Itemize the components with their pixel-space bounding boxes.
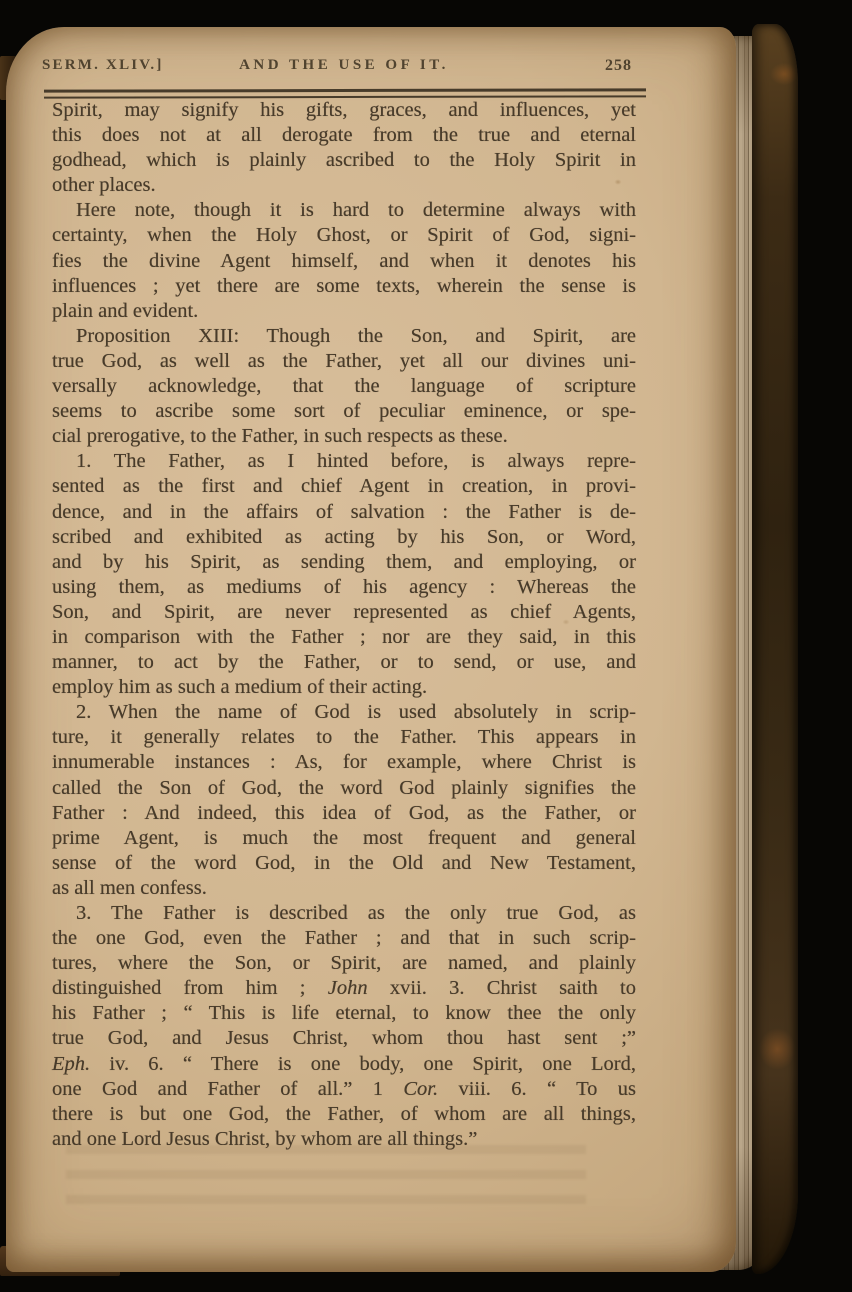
text-line: as all men confess.	[52, 876, 636, 901]
text-line: one God and Father of all.” 1 Cor. viii.…	[52, 1077, 636, 1102]
text-line: fies the divine Agent himself, and when …	[52, 249, 636, 274]
text-line: the one God, even the Father ; and that …	[52, 926, 636, 951]
text-line: Here note, though it is hard to determin…	[52, 198, 636, 223]
page-text: Spirit, may signify his gifts, graces, a…	[52, 98, 636, 1152]
text-line: dence, and in the affairs of salvation :…	[52, 500, 636, 525]
text-line: and by his Spirit, as sending them, and …	[52, 550, 636, 575]
text-line: manner, to act by the Father, or to send…	[52, 650, 636, 675]
text-line: 2. When the name of God is used absolute…	[52, 700, 636, 725]
text-line: called the Son of God, the word God plai…	[52, 776, 636, 801]
ink-bleed-through	[66, 1145, 586, 1205]
book-page: SERM. XLIV.] AND THE USE OF IT. 258 Spir…	[6, 27, 736, 1272]
text-line: influences ; yet there are some texts, w…	[52, 274, 636, 299]
text-line: Son, and Spirit, are never represented a…	[52, 600, 636, 625]
text-line: his Father ; “ This is life eternal, to …	[52, 1001, 636, 1026]
text-line: sense of the word God, in the Old and Ne…	[52, 851, 636, 876]
text-line: Spirit, may signify his gifts, graces, a…	[52, 98, 636, 123]
text-line: sented as the first and chief Agent in c…	[52, 474, 636, 499]
page-number: 258	[52, 57, 632, 75]
text-line: distinguished from him ; John xvii. 3. C…	[52, 976, 636, 1001]
text-line: certainty, when the Holy Ghost, or Spiri…	[52, 223, 636, 248]
text-line: Proposition XIII: Though the Son, and Sp…	[52, 324, 636, 349]
text-line: in comparison with the Father ; nor are …	[52, 625, 636, 650]
book-cover-spine-edge	[752, 24, 798, 1274]
text-line: other places.	[52, 173, 636, 198]
text-line: innumerable instances : As, for example,…	[52, 750, 636, 775]
text-line: versally acknowledge, that the language …	[52, 374, 636, 399]
text-line: seems to ascribe some sort of peculiar e…	[52, 399, 636, 424]
text-line: Father : And indeed, this idea of God, a…	[52, 801, 636, 826]
text-line: Eph. iv. 6. “ There is one body, one Spi…	[52, 1052, 636, 1077]
text-line: 1. The Father, as I hinted before, is al…	[52, 449, 636, 474]
text-line: true God, as well as the Father, yet all…	[52, 349, 636, 374]
text-line: scribed and exhibited as acting by his S…	[52, 525, 636, 550]
text-line: there is but one God, the Father, of who…	[52, 1102, 636, 1127]
text-line: prime Agent, is much the most frequent a…	[52, 826, 636, 851]
text-line: true God, and Jesus Christ, whom thou ha…	[52, 1026, 636, 1051]
text-line: ture, it generally relates to the Father…	[52, 725, 636, 750]
text-line: using them, as mediums of his agency : W…	[52, 575, 636, 600]
text-line: tures, where the Son, or Spirit, are nam…	[52, 951, 636, 976]
text-line: godhead, which is plainly ascribed to th…	[52, 148, 636, 173]
text-line: 3. The Father is described as the only t…	[52, 901, 636, 926]
text-line: cial prerogative, to the Father, in such…	[52, 424, 636, 449]
scanned-book-photo: SERM. XLIV.] AND THE USE OF IT. 258 Spir…	[0, 0, 852, 1292]
text-line: employ him as such a medium of their act…	[52, 675, 636, 700]
text-line: this does not at all derogate from the t…	[52, 123, 636, 148]
text-line: plain and evident.	[52, 299, 636, 324]
